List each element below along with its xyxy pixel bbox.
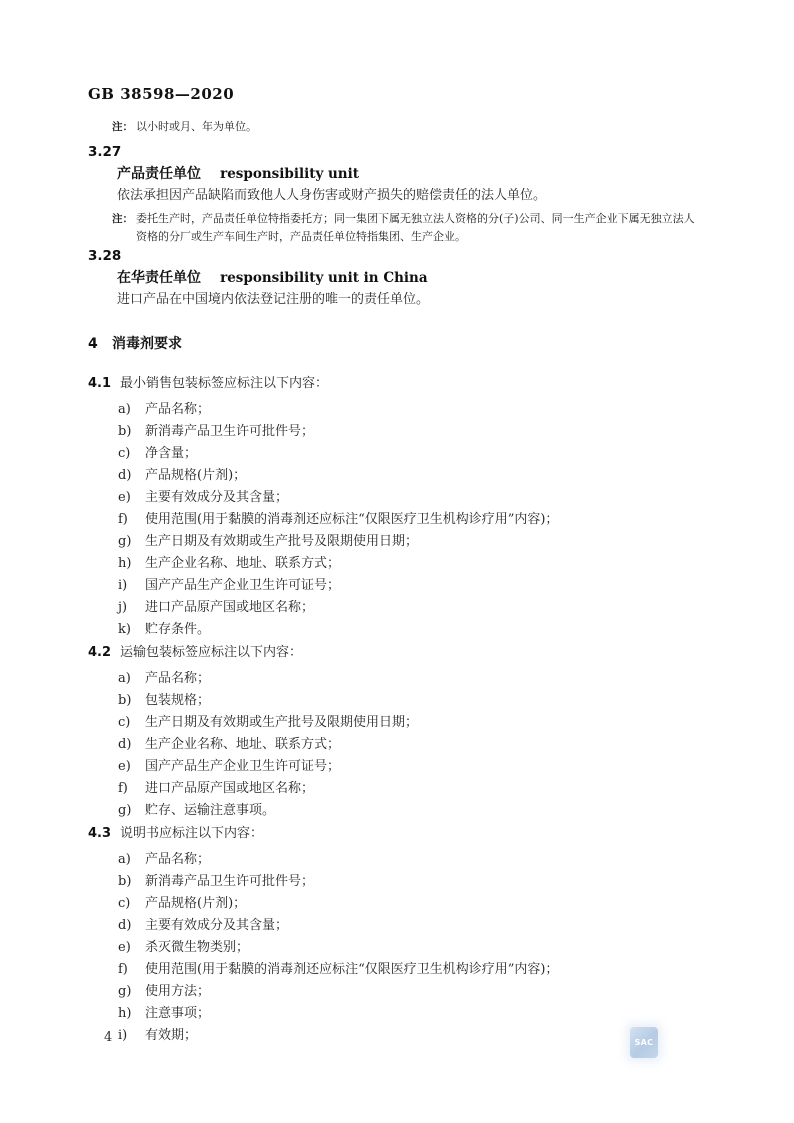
item-marker: d)	[118, 465, 145, 487]
item-text: 生产企业名称、地址、联系方式；	[145, 553, 340, 575]
item-marker: h)	[118, 553, 145, 575]
list-item: e)国产产品生产企业卫生许可证号；	[118, 756, 742, 778]
item-marker: a)	[118, 849, 145, 871]
list-item: g)使用方法；	[118, 981, 742, 1003]
item-text: 杀灭微生物类别；	[145, 937, 249, 959]
term-definition-3-28: 进口产品在中国境内依法登记注册的唯一的责任单位。	[117, 292, 742, 308]
item-marker: f)	[118, 778, 145, 800]
term-zh: 在华责任单位	[117, 270, 201, 286]
item-marker: f)	[118, 509, 145, 531]
list-item: i)国产产品生产企业卫生许可证号；	[118, 575, 742, 597]
note-label: 注：	[112, 210, 136, 246]
item-text: 进口产品原产国或地区名称；	[145, 778, 314, 800]
chapter-title: 消毒剂要求	[112, 336, 182, 353]
chapter-number: 4	[88, 336, 112, 353]
clause-number: 4.3	[88, 826, 120, 842]
item-marker: g)	[118, 800, 145, 822]
clause-intro: 运输包装标签应标注以下内容：	[120, 645, 302, 661]
note-text: 委托生产时，产品责任单位特指委托方；同一集团下属无独立法人资格的分(子)公司、同…	[136, 210, 702, 246]
list-item: h)生产企业名称、地址、联系方式；	[118, 553, 742, 575]
note-3-26: 注： 以小时或月、年为单位。	[112, 120, 742, 134]
item-marker: e)	[118, 937, 145, 959]
item-marker: j)	[118, 597, 145, 619]
item-text: 生产企业名称、地址、联系方式；	[145, 734, 340, 756]
item-text: 有效期；	[145, 1025, 197, 1047]
item-text: 生产日期及有效期或生产批号及限期使用日期；	[145, 531, 418, 553]
item-text: 使用方法；	[145, 981, 210, 1003]
list-item: e)主要有效成分及其含量；	[118, 487, 742, 509]
item-text: 主要有效成分及其含量；	[145, 915, 288, 937]
page-content: GB 38598—2020 注： 以小时或月、年为单位。 3.27 产品责任单位…	[88, 0, 742, 1047]
item-text: 产品规格(片剂)；	[145, 893, 246, 915]
item-text: 进口产品原产国或地区名称；	[145, 597, 314, 619]
document-page: GB 38598—2020 注： 以小时或月、年为单位。 3.27 产品责任单位…	[0, 0, 794, 1123]
list-item: g)生产日期及有效期或生产批号及限期使用日期；	[118, 531, 742, 553]
list-item: b)新消毒产品卫生许可批件号；	[118, 421, 742, 443]
item-marker: c)	[118, 893, 145, 915]
item-text: 国产产品生产企业卫生许可证号；	[145, 756, 340, 778]
clause-heading-4-2: 4.2 运输包装标签应标注以下内容：	[88, 645, 742, 661]
item-marker: b)	[118, 871, 145, 893]
list-item: b)新消毒产品卫生许可批件号；	[118, 871, 742, 893]
item-text: 产品规格(片剂)；	[145, 465, 246, 487]
list-item: f)使用范围(用于黏膜的消毒剂还应标注“仅限医疗卫生机构诊疗用”内容)；	[118, 959, 742, 981]
list-item: d)主要有效成分及其含量；	[118, 915, 742, 937]
clause-4-2-item-list: a)产品名称； b)包装规格； c)生产日期及有效期或生产批号及限期使用日期； …	[118, 668, 742, 822]
item-text: 新消毒产品卫生许可批件号；	[145, 421, 314, 443]
item-text: 主要有效成分及其含量；	[145, 487, 288, 509]
term-number-3-27: 3.27	[88, 144, 742, 160]
list-item: d)产品规格(片剂)；	[118, 465, 742, 487]
list-item: a)产品名称；	[118, 849, 742, 871]
clause-4-3-item-list: a)产品名称； b)新消毒产品卫生许可批件号； c)产品规格(片剂)； d)主要…	[118, 849, 742, 1047]
list-item: a)产品名称；	[118, 399, 742, 421]
item-marker: g)	[118, 981, 145, 1003]
item-marker: i)	[118, 575, 145, 597]
item-text: 产品名称；	[145, 399, 210, 421]
item-text: 贮存、运输注意事项。	[145, 800, 275, 822]
clause-heading-4-3: 4.3 说明书应标注以下内容：	[88, 826, 742, 842]
item-marker: e)	[118, 487, 145, 509]
item-marker: a)	[118, 399, 145, 421]
page-number: 4	[104, 1030, 112, 1045]
chapter-heading-4: 4 消毒剂要求	[88, 336, 742, 353]
list-item: a)产品名称；	[118, 668, 742, 690]
item-text: 包装规格；	[145, 690, 210, 712]
clause-intro: 最小销售包装标签应标注以下内容：	[120, 376, 328, 392]
list-item: f)进口产品原产国或地区名称；	[118, 778, 742, 800]
list-item: e)杀灭微生物类别；	[118, 937, 742, 959]
item-marker: i)	[118, 1025, 145, 1047]
item-marker: g)	[118, 531, 145, 553]
item-marker: b)	[118, 421, 145, 443]
term-number-3-28: 3.28	[88, 248, 742, 264]
term-en: responsibility unit	[220, 166, 359, 182]
clause-number: 4.2	[88, 645, 120, 661]
item-text: 注意事项；	[145, 1003, 210, 1025]
list-item: h)注意事项；	[118, 1003, 742, 1025]
item-text: 贮存条件。	[145, 619, 210, 641]
list-item: c)生产日期及有效期或生产批号及限期使用日期；	[118, 712, 742, 734]
item-text: 产品名称；	[145, 849, 210, 871]
item-marker: d)	[118, 915, 145, 937]
item-marker: c)	[118, 443, 145, 465]
item-text: 生产日期及有效期或生产批号及限期使用日期；	[145, 712, 418, 734]
term-zh: 产品责任单位	[117, 166, 201, 182]
item-text: 国产产品生产企业卫生许可证号；	[145, 575, 340, 597]
note-label: 注：	[112, 120, 136, 134]
list-item: j)进口产品原产国或地区名称；	[118, 597, 742, 619]
term-definition-3-27: 依法承担因产品缺陷而致他人人身伤害或财产损失的赔偿责任的法人单位。	[117, 188, 742, 204]
standard-code-header: GB 38598—2020	[88, 86, 742, 103]
clause-heading-4-1: 4.1 最小销售包装标签应标注以下内容：	[88, 376, 742, 392]
list-item: c)产品规格(片剂)；	[118, 893, 742, 915]
item-marker: c)	[118, 712, 145, 734]
list-item: d)生产企业名称、地址、联系方式；	[118, 734, 742, 756]
clause-4-1-item-list: a)产品名称； b)新消毒产品卫生许可批件号； c)净含量； d)产品规格(片剂…	[118, 399, 742, 641]
item-marker: b)	[118, 690, 145, 712]
list-item: g)贮存、运输注意事项。	[118, 800, 742, 822]
item-marker: h)	[118, 1003, 145, 1025]
item-marker: k)	[118, 619, 145, 641]
item-marker: d)	[118, 734, 145, 756]
list-item: b)包装规格；	[118, 690, 742, 712]
item-marker: e)	[118, 756, 145, 778]
list-item: c)净含量；	[118, 443, 742, 465]
sac-watermark-icon: SAC	[630, 1027, 658, 1058]
item-marker: f)	[118, 959, 145, 981]
list-item: f)使用范围(用于黏膜的消毒剂还应标注“仅限医疗卫生机构诊疗用”内容)；	[118, 509, 742, 531]
watermark-text: SAC	[635, 1038, 654, 1047]
item-marker: a)	[118, 668, 145, 690]
item-text: 使用范围(用于黏膜的消毒剂还应标注“仅限医疗卫生机构诊疗用”内容)；	[145, 509, 558, 531]
item-text: 产品名称；	[145, 668, 210, 690]
item-text: 净含量；	[145, 443, 197, 465]
clause-number: 4.1	[88, 376, 120, 392]
term-en: responsibility unit in China	[220, 270, 427, 286]
note-text: 以小时或月、年为单位。	[136, 120, 257, 134]
term-title-3-27: 产品责任单位 responsibility unit	[117, 164, 742, 183]
term-note-3-27: 注： 委托生产时，产品责任单位特指委托方；同一集团下属无独立法人资格的分(子)公…	[112, 210, 742, 246]
item-text: 新消毒产品卫生许可批件号；	[145, 871, 314, 893]
list-item: k)贮存条件。	[118, 619, 742, 641]
item-text: 使用范围(用于黏膜的消毒剂还应标注“仅限医疗卫生机构诊疗用”内容)；	[145, 959, 558, 981]
clause-intro: 说明书应标注以下内容：	[120, 826, 263, 842]
term-title-3-28: 在华责任单位 responsibility unit in China	[117, 268, 742, 287]
